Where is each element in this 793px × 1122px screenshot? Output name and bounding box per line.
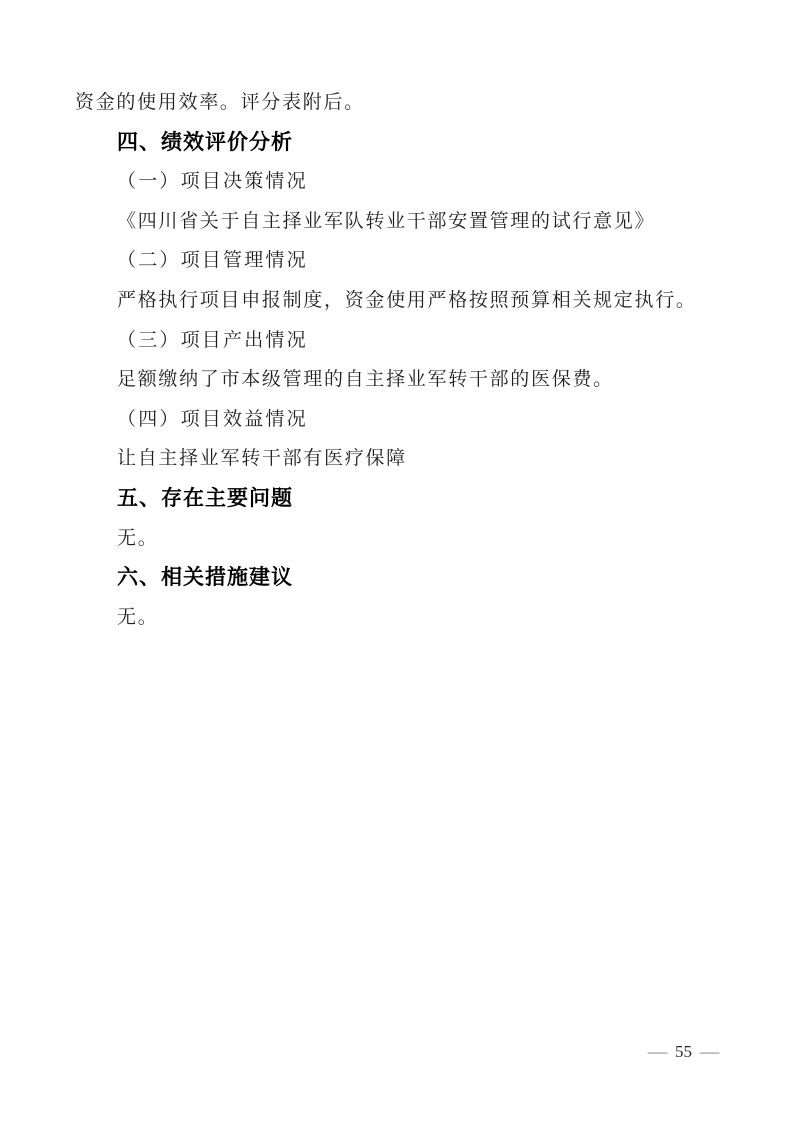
page-number-dash-left: —: [648, 1042, 668, 1062]
paragraph-none-1: 无。: [75, 519, 719, 559]
subsection-heading-3: （三）项目产出情况: [75, 321, 719, 361]
paragraph-none-2: 无。: [75, 598, 719, 638]
page-number: — 55 —: [649, 1042, 718, 1062]
section-heading-6: 六、相关措施建议: [75, 558, 719, 598]
document-body: 资金的使用效率。评分表附后。 四、绩效评价分析 （一）项目决策情况 《四川省关于…: [75, 83, 719, 637]
document-page: 资金的使用效率。评分表附后。 四、绩效评价分析 （一）项目决策情况 《四川省关于…: [0, 0, 793, 1122]
subsection-heading-2: （二）项目管理情况: [75, 241, 719, 281]
section-heading-4: 四、绩效评价分析: [75, 123, 719, 163]
page-number-dash-right: —: [700, 1042, 720, 1062]
paragraph-management: 严格执行项目申报制度，资金使用严格按照预算相关规定执行。: [75, 281, 719, 321]
section-heading-5: 五、存在主要问题: [75, 479, 719, 519]
paragraph-benefit: 让自主择业军转干部有医疗保障: [75, 439, 719, 479]
paragraph-policy-title: 《四川省关于自主择业军队转业干部安置管理的试行意见》: [75, 202, 719, 242]
paragraph-continuation: 资金的使用效率。评分表附后。: [75, 83, 719, 123]
subsection-heading-4: （四）项目效益情况: [75, 400, 719, 440]
subsection-heading-1: （一）项目决策情况: [75, 162, 719, 202]
paragraph-output: 足额缴纳了市本级管理的自主择业军转干部的医保费。: [75, 360, 719, 400]
page-number-value: 55: [675, 1042, 692, 1062]
